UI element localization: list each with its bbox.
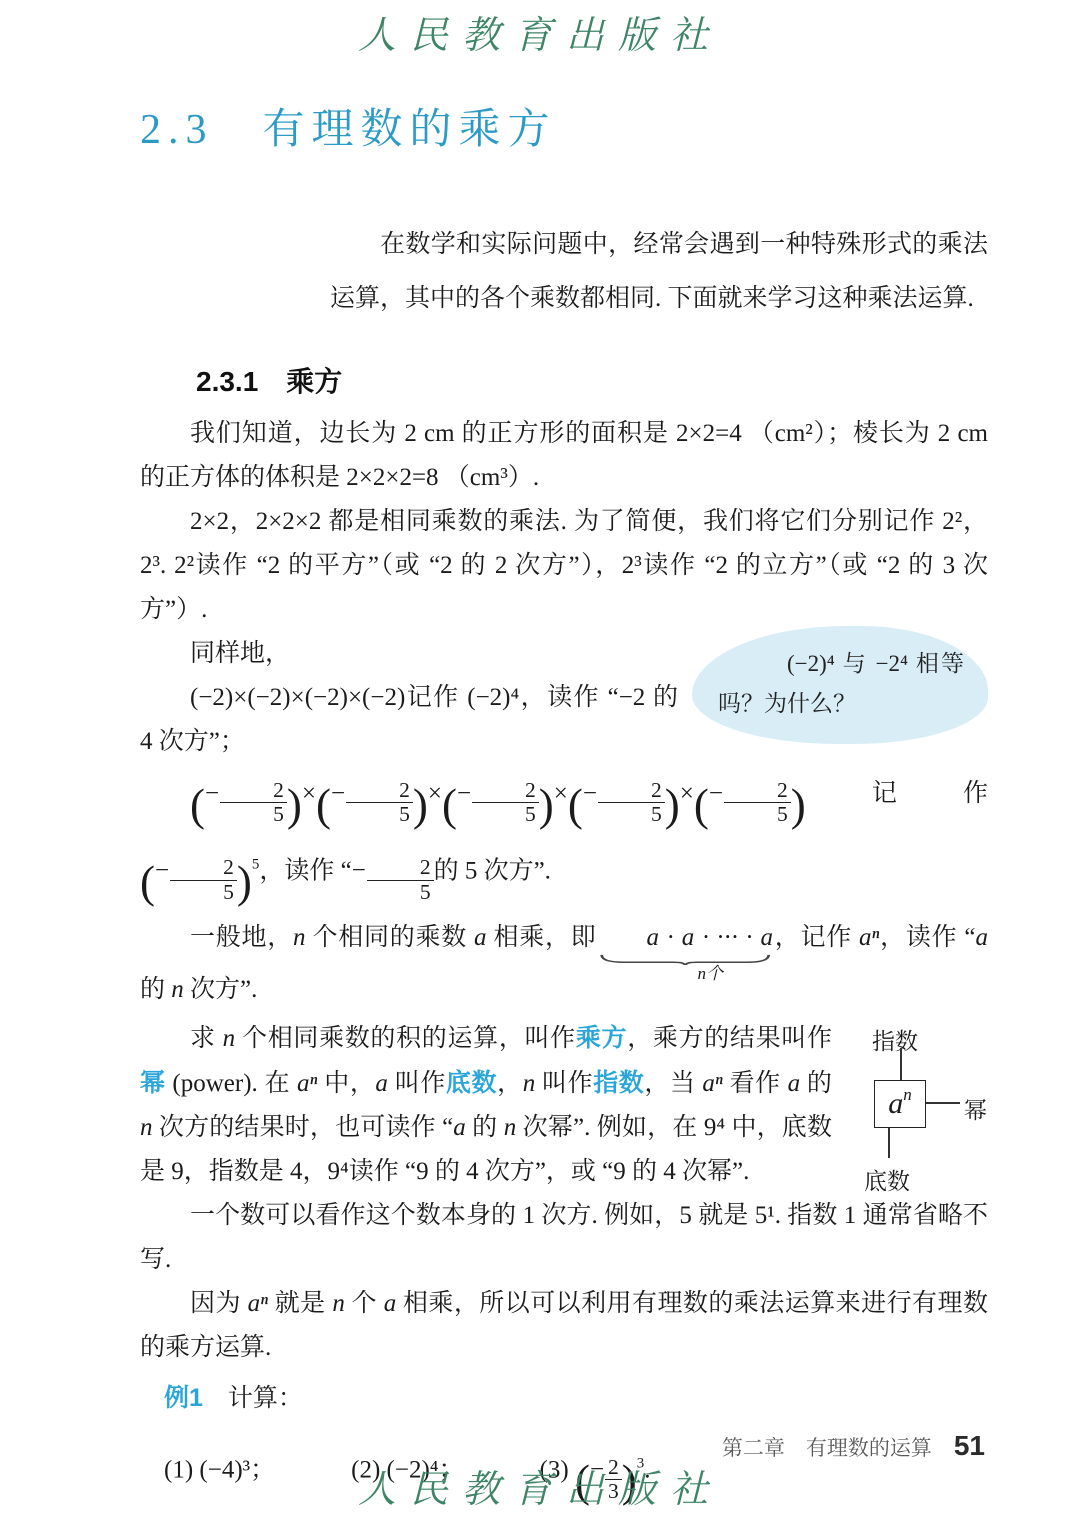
denominator: 5 [346, 803, 413, 826]
variable: a [788, 1070, 801, 1097]
exponent-label: 指数 [872, 1020, 918, 1064]
denominator: 5 [472, 803, 539, 826]
text-run: × [680, 780, 694, 807]
variable: n [171, 976, 184, 1003]
fraction-stack: 25 [472, 779, 539, 826]
variable: a [975, 924, 988, 951]
text-run: 同样地， [190, 640, 290, 667]
fraction-stack: 25 [170, 856, 237, 903]
para-we-know: 我们知道，边长为 2 cm 的正方形的面积是 2×2=4 （cm²）；棱长为 2… [140, 412, 988, 500]
left-paren-icon: ( [568, 780, 583, 830]
right-paren-icon: ) [539, 780, 554, 830]
fraction-stack: 25 [220, 779, 287, 826]
thought-bubble-text: (−2)⁴ 与 −2⁴ 相等吗？为什么？ [718, 644, 964, 724]
left-paren-icon: ( [140, 857, 155, 907]
variable: n [523, 1070, 536, 1097]
para-similarly: (−2)⁴ 与 −2⁴ 相等吗？为什么？ 同样地， [140, 632, 988, 676]
fraction: (−25) [190, 780, 302, 807]
variable: aⁿ [702, 1070, 722, 1097]
text-run: 我们知道，边长为 2 cm 的正方形的面积是 2×2=4 （cm²）；棱长为 2… [140, 420, 988, 491]
publisher-logo-bottom: 人民教育出版社 [0, 1458, 1080, 1513]
keyword-term: 指数 [593, 1069, 644, 1097]
text-run: ， [497, 1070, 523, 1097]
text-run: × [554, 780, 568, 807]
right-paren-icon: ) [413, 780, 428, 830]
variable: a [375, 1070, 388, 1097]
para-general: 一般地，n 个相同的乘数 a 相乘，即a · a · ··· · an个，记作 … [140, 912, 988, 1016]
denominator: 5 [220, 803, 287, 826]
fraction-stack: 25 [367, 856, 434, 903]
text-run: 叫作 [535, 1070, 593, 1097]
numerator: 2 [220, 779, 287, 803]
variable: n [332, 1290, 345, 1317]
example-label: 例1 [164, 1384, 203, 1412]
text-run: × [302, 780, 316, 807]
thought-bubble: (−2)⁴ 与 −2⁴ 相等吗？为什么？ [692, 626, 988, 744]
underbrace-icon [600, 954, 770, 965]
text-run: 次方的结果时，也可读作 “ [153, 1114, 454, 1141]
textbook-page: 人民教育出版社 2.3 有理数的乘方 在数学和实际问题中，经常会遇到一种特殊形式… [0, 0, 1080, 1526]
para-frac-example: (−25)×(−25)×(−25)×(−25)×(−25)记作(−25)5，读作… [140, 764, 988, 912]
text-run: 次方”. [184, 976, 258, 1003]
power-label: 幂 [964, 1089, 987, 1133]
fraction-stack: 25 [346, 779, 413, 826]
underbrace-label: n个 [597, 965, 775, 982]
right-paren-icon: ) [791, 780, 806, 830]
para-definition: 指数 an 幂 底数 求 n 个相同乘数的积的运算，叫作乘方，乘方的结果叫作幂 … [140, 1016, 988, 1194]
para-notation: 2×2，2×2×2 都是相同乘数的乘法. 为了简便，我们将它们分别记作 2²，2… [140, 500, 988, 632]
publisher-logo-top: 人民教育出版社 [0, 4, 1080, 59]
numerator: 2 [724, 779, 791, 803]
fraction: (−25) [568, 780, 680, 807]
numerator: 2 [598, 779, 665, 803]
fraction: (−25) [442, 780, 554, 807]
text-run: 叫作 [388, 1070, 446, 1097]
variable: aⁿ [248, 1290, 268, 1317]
power-box: an [874, 1080, 926, 1128]
text-run: ，记作 [774, 924, 859, 951]
text-run: 的 [466, 1114, 504, 1141]
right-paren-icon: ) [665, 780, 680, 830]
para-because: 因为 aⁿ 就是 n 个 a 相乘，所以可以利用有理数的乘法运算来进行有理数的乘… [140, 1282, 988, 1370]
denominator: 5 [598, 803, 665, 826]
text-run: 个 [345, 1290, 384, 1317]
text-run: 就是 [268, 1290, 332, 1317]
variable: a [453, 1114, 466, 1141]
text-run: 的 [800, 1070, 832, 1097]
left-paren-icon: ( [694, 780, 709, 830]
numerator: 2 [170, 856, 237, 880]
section-title: 2.3 有理数的乘方 [140, 96, 988, 156]
text-run: 的 5 次方”. [434, 857, 551, 884]
text-run: 中， [317, 1070, 375, 1097]
underbrace-group: a · a · ··· · an个 [597, 912, 775, 964]
text-run: ，乘方的结果叫作 [627, 1025, 832, 1052]
numerator: 2 [367, 856, 434, 880]
text-run: ，当 [644, 1070, 702, 1097]
keyword-term: 底数 [446, 1069, 497, 1097]
text-run: 相乘，即 [487, 924, 597, 951]
right-paren-icon: ) [287, 780, 302, 830]
underbrace-content: a · a · ··· · a [647, 924, 775, 951]
text-run: 因为 [190, 1290, 248, 1317]
denominator: 5 [170, 881, 237, 904]
text-run: 的 [140, 976, 171, 1003]
power-notation-diagram: 指数 an 幂 底数 [848, 1020, 988, 1190]
exponent-symbol: n [903, 1073, 912, 1117]
text-run: × [428, 780, 442, 807]
fraction: (−25)5 [140, 857, 259, 884]
base-connector-line [888, 1128, 890, 1158]
denominator: 5 [367, 881, 434, 904]
fraction: (−25) [316, 780, 428, 807]
variable: n [293, 924, 306, 951]
base-symbol: a [888, 1082, 903, 1126]
intro-paragraph: 在数学和实际问题中，经常会遇到一种特殊形式的乘法运算，其中的各个乘数都相同. 下… [330, 218, 988, 326]
right-paren-icon: ) [237, 857, 252, 907]
body-content: 我们知道，边长为 2 cm 的正方形的面积是 2×2=4 （cm²）；棱长为 2… [140, 412, 988, 1514]
base-label: 底数 [864, 1160, 910, 1204]
text-run: 个相同的乘数 [306, 924, 475, 951]
subsection-heading: 2.3.1 乘方 [140, 360, 988, 400]
numerator: 2 [472, 779, 539, 803]
fraction-stack: 25 [724, 779, 791, 826]
denominator: 5 [724, 803, 791, 826]
text-run: 一个数可以看作这个数本身的 1 次方. 例如，5 就是 5¹. 指数 1 通常省… [140, 1202, 988, 1273]
text-run: 2×2，2×2×2 都是相同乘数的乘法. 为了简便，我们将它们分别记作 2²，2… [140, 508, 988, 623]
fraction-stack: 25 [598, 779, 665, 826]
power-connector-line [926, 1102, 960, 1104]
numerator: 2 [346, 779, 413, 803]
variable: aⁿ [859, 924, 879, 951]
para-example-heading: 例1 计算： [140, 1376, 988, 1421]
left-paren-icon: ( [442, 780, 457, 830]
fraction-sign: − [457, 780, 471, 807]
left-paren-icon: ( [316, 780, 331, 830]
fraction-sign: − [709, 780, 723, 807]
fraction-sign: − [352, 857, 366, 884]
fraction-sign: − [155, 857, 169, 884]
text-run: 记作 [806, 780, 988, 807]
fraction-sign: − [331, 780, 345, 807]
text-run: 求 [190, 1025, 223, 1052]
keyword-term: 幂 [140, 1069, 166, 1097]
text-run: 一般地， [190, 924, 293, 951]
variable: aⁿ [297, 1070, 317, 1097]
variable: n [140, 1114, 153, 1141]
para-first-power: 一个数可以看作这个数本身的 1 次方. 例如，5 就是 5¹. 指数 1 通常省… [140, 1194, 988, 1282]
left-paren-icon: ( [190, 780, 205, 830]
variable: a [384, 1290, 397, 1317]
keyword-term: 乘方 [576, 1024, 627, 1052]
variable: a [474, 924, 487, 951]
fraction: (−25) [694, 780, 806, 807]
fraction: −25 [352, 857, 434, 884]
text-run: (power). 在 [166, 1070, 297, 1097]
text-run: 看作 [723, 1070, 788, 1097]
fraction-sign: − [583, 780, 597, 807]
text-run: 计算： [203, 1385, 303, 1412]
text-run: (−2)×(−2)×(−2)×(−2)记作 (−2)⁴，读作 “−2 的 4 次… [140, 684, 678, 755]
text-run: 个相同乘数的积的运算，叫作 [235, 1025, 576, 1052]
variable: n [504, 1114, 517, 1141]
text-run: ，读作 “ [259, 857, 351, 884]
variable: n [223, 1025, 236, 1052]
exponent-connector-line [900, 1048, 902, 1080]
text-run: ，读作 “ [879, 924, 975, 951]
fraction-sign: − [205, 780, 219, 807]
